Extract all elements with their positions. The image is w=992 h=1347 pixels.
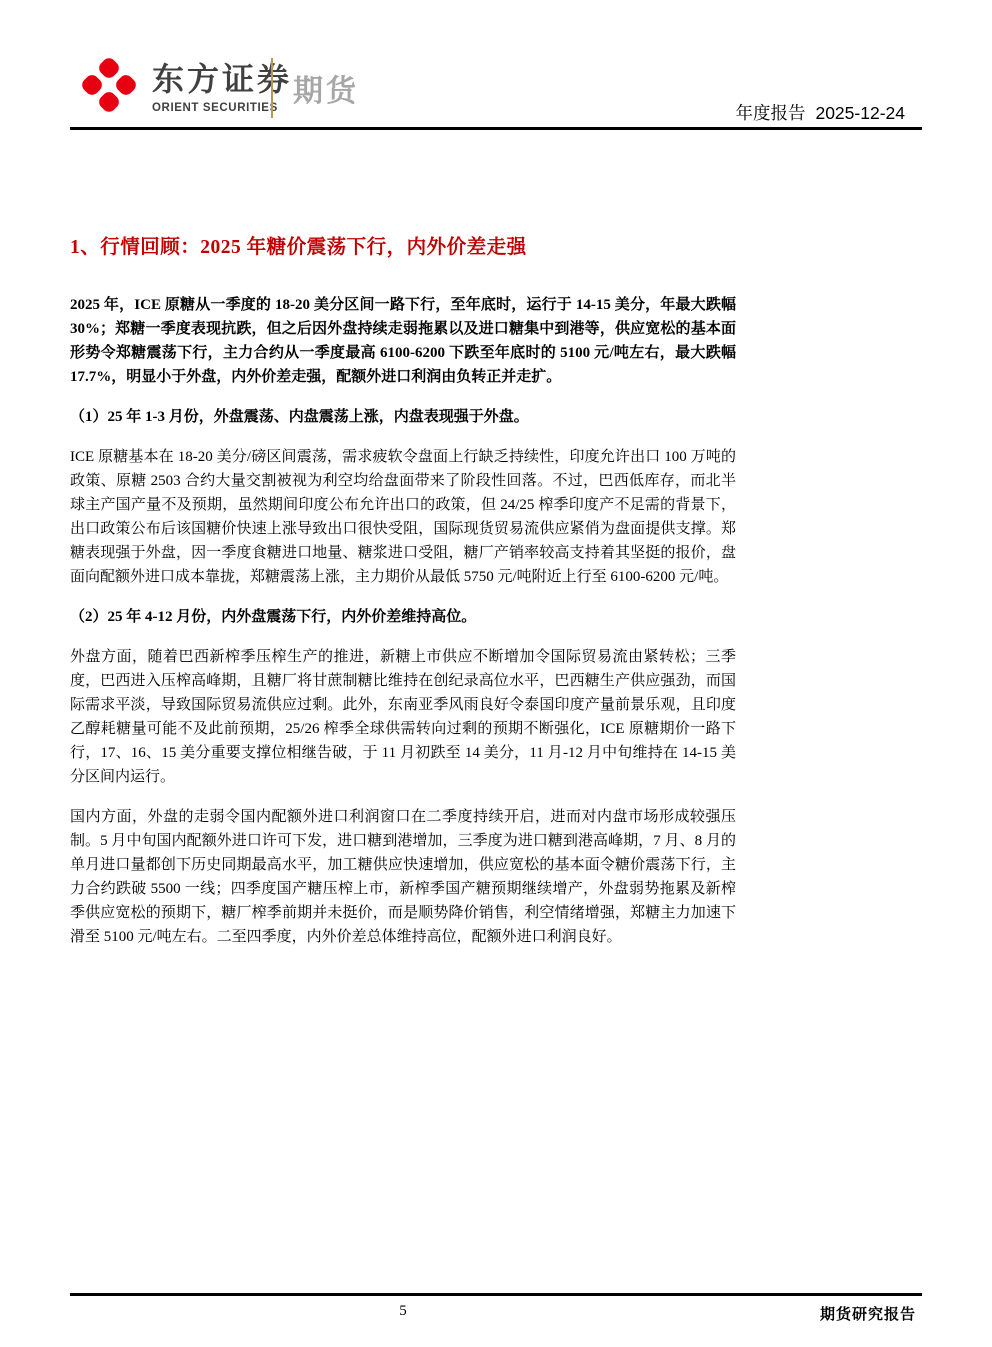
subheading-2: （2）25 年 4-12 月份，内外盘震荡下行，内外价差维持高位。 bbox=[70, 605, 736, 629]
page-number: 5 bbox=[70, 1303, 736, 1320]
report-page: 东方证券 ORIENT SECURITIES 期货 年度报告2025-12-24… bbox=[0, 0, 992, 1347]
subheading-1: （1）25 年 1-3 月份，外盘震荡、内盘震荡上涨，内盘表现强于外盘。 bbox=[70, 405, 736, 429]
report-date: 2025-12-24 bbox=[815, 103, 905, 123]
orient-securities-logo-icon bbox=[79, 55, 138, 114]
section-heading: 1、行情回顾：2025 年糖价震荡下行，内外价差走强 bbox=[70, 231, 736, 259]
summary-paragraph: 2025 年，ICE 原糖从一季度的 18-20 美分区间一路下行，至年底时，运… bbox=[70, 293, 736, 389]
header-divider bbox=[271, 58, 273, 118]
footer-rule bbox=[70, 1293, 922, 1296]
logo-petal bbox=[79, 72, 104, 97]
report-type-label: 年度报告 bbox=[735, 103, 805, 123]
logo-petal bbox=[113, 72, 138, 97]
logo-petal bbox=[96, 89, 121, 114]
header-rule bbox=[70, 127, 922, 130]
report-body: 1、行情回顾：2025 年糖价震荡下行，内外价差走强 2025 年，ICE 原糖… bbox=[70, 231, 736, 965]
paragraph-external-market: 外盘方面，随着巴西新榨季压榨生产的推进，新糖上市供应不断增加令国际贸易流由紧转松… bbox=[70, 645, 736, 789]
paragraph-domestic-market: 国内方面，外盘的走弱令国内配额外进口利润窗口在二季度持续开启，进而对内盘市场形成… bbox=[70, 805, 736, 949]
footer-label: 期货研究报告 bbox=[820, 1303, 916, 1324]
paragraph-q1: ICE 原糖基本在 18-20 美分/磅区间震荡，需求疲软令盘面上行缺乏持续性，… bbox=[70, 445, 736, 589]
division-label: 期货 bbox=[293, 66, 359, 110]
report-meta: 年度报告2025-12-24 bbox=[735, 100, 905, 125]
logo-petal bbox=[96, 55, 121, 80]
